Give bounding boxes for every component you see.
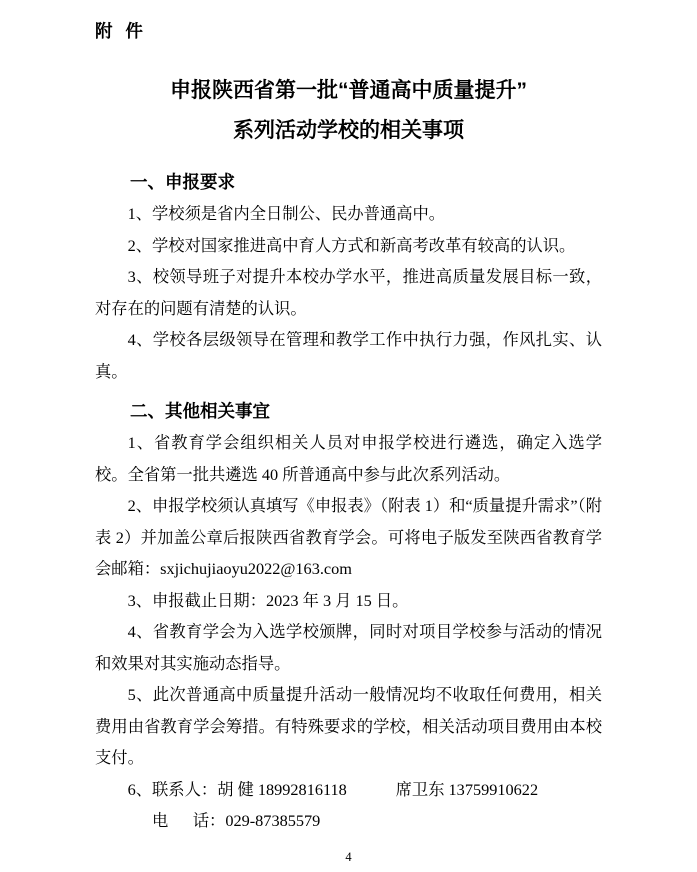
- section-1-paragraph-1: 1、学校须是省内全日制公、民办普通高中。: [95, 198, 602, 230]
- section-2-paragraph-5: 5、此次普通高中质量提升活动一般情况均不收取任何费用，相关费用由省教育学会筹措。…: [95, 679, 602, 774]
- contact-line: 6、联系人：胡 健 18992816118 席卫东 13759910622: [95, 774, 602, 806]
- doc-title-line-1: 申报陕西省第一批“普通高中质量提升”: [95, 71, 602, 111]
- page-number: 4: [0, 850, 697, 864]
- section-2-paragraph-3: 3、申报截止日期：2023 年 3 月 15 日。: [95, 585, 602, 617]
- section-2-paragraph-4: 4、省教育学会为入选学校颁牌，同时对项目学校参与活动的情况和效果对其实施动态指导…: [95, 616, 602, 679]
- section-1-paragraph-3: 3、校领导班子对提升本校办学水平，推进高质量发展目标一致，对存在的问题有清楚的认…: [95, 261, 602, 324]
- doc-title: 申报陕西省第一批“普通高中质量提升” 系列活动学校的相关事项: [95, 71, 602, 151]
- attachment-label: 附 件: [95, 20, 602, 42]
- phone-line: 电 话：029-87385579: [95, 805, 602, 837]
- section-1-heading: 一、申报要求: [95, 166, 602, 198]
- section-2-heading: 二、其他相关事宜: [95, 395, 602, 427]
- doc-title-line-2: 系列活动学校的相关事项: [95, 111, 602, 151]
- section-2-paragraph-1: 1、省教育学会组织相关人员对申报学校进行遴选，确定入选学校。全省第一批共遴选 4…: [95, 427, 602, 490]
- section-2-paragraph-2: 2、申报学校须认真填写《申报表》（附表 1）和“质量提升需求”（附表 2）并加盖…: [95, 490, 602, 585]
- section-1-paragraph-2: 2、学校对国家推进高中育人方式和新高考改革有较高的认识。: [95, 230, 602, 262]
- document-page: 附 件 申报陕西省第一批“普通高中质量提升” 系列活动学校的相关事项 一、申报要…: [0, 0, 697, 872]
- section-1-paragraph-4: 4、学校各层级领导在管理和教学工作中执行力强，作风扎实、认真。: [95, 324, 602, 387]
